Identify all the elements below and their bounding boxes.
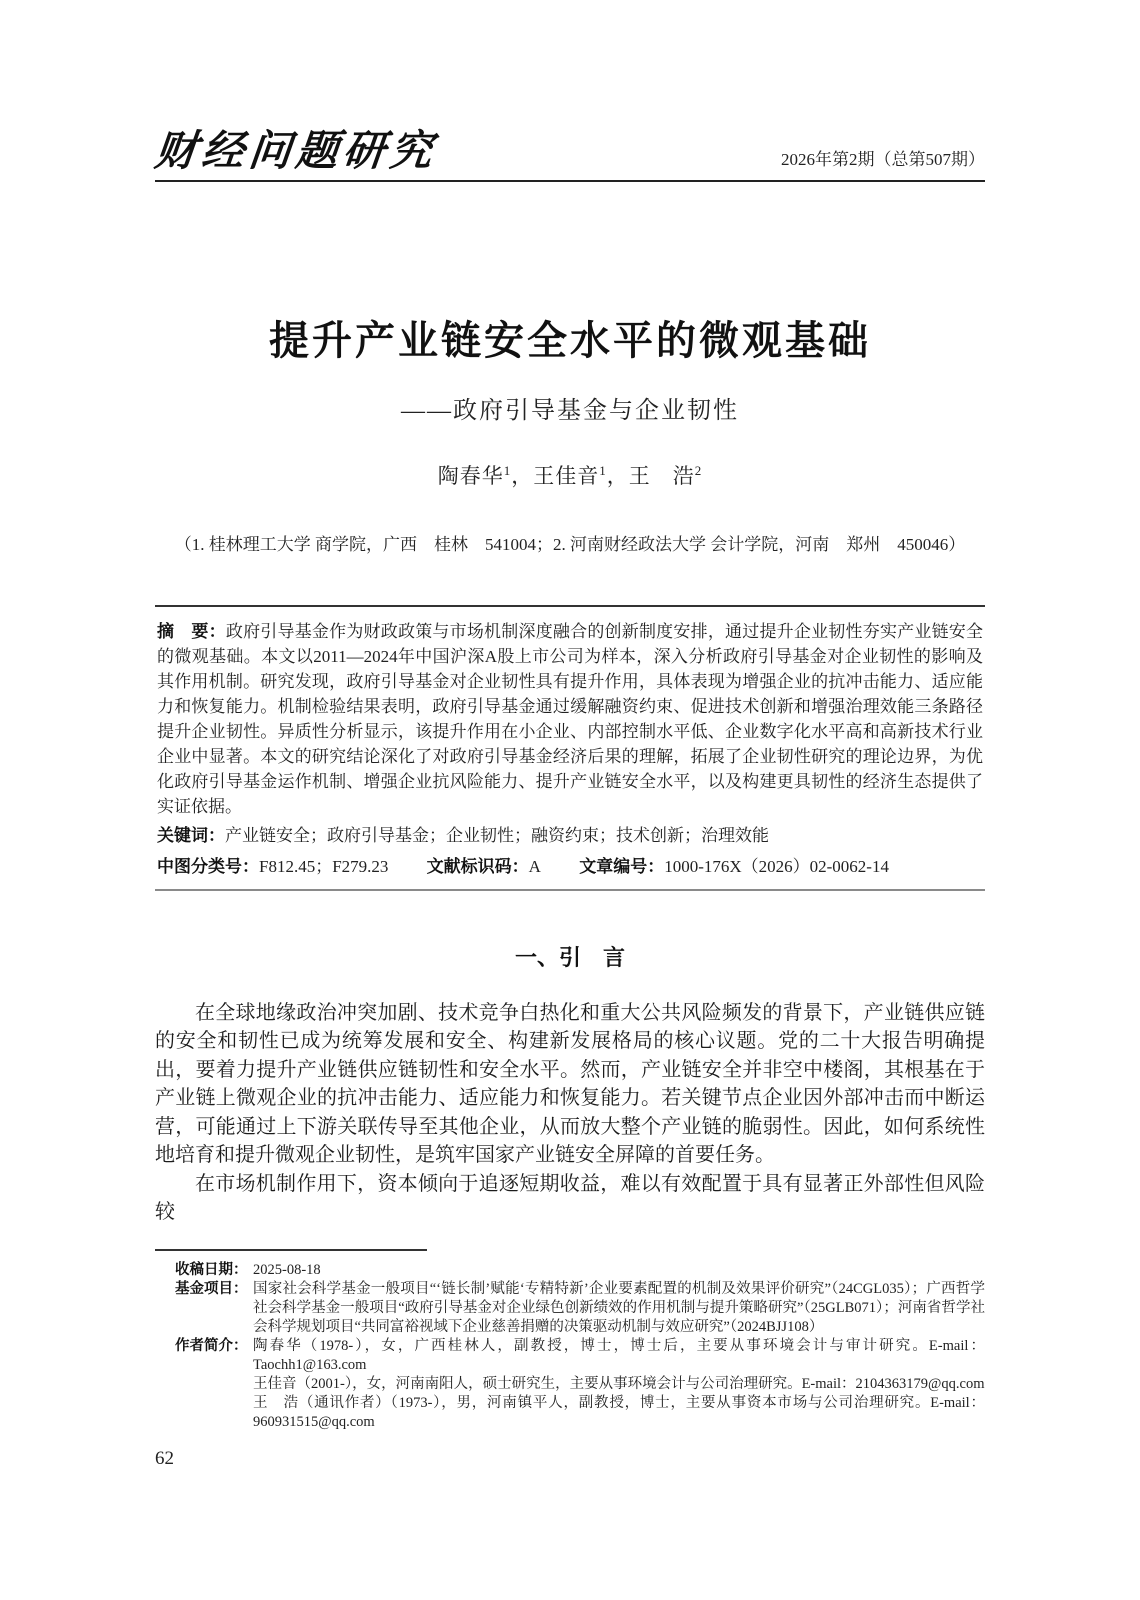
- keywords-text: 产业链安全；政府引导基金；企业韧性；融资约束；技术创新；治理效能: [225, 826, 769, 845]
- author-bio-label: 作者简介：: [175, 1337, 248, 1356]
- keywords-label: 关键词：: [157, 826, 225, 845]
- doc-code-value: A: [529, 857, 541, 876]
- author-separator: ，: [607, 464, 629, 488]
- footnote-author-bio: 王佳音（2001-），女，河南南阳人，硕士研究生，主要从事环境会计与公司治理研究…: [175, 1375, 985, 1394]
- footnote-block: 收稿日期：2025-08-18 基金项目：国家社会科学基金一般项目“‘链长制’赋…: [155, 1251, 985, 1432]
- affiliation-line: （1. 桂林理工大学 商学院，广西 桂林 541004；2. 河南财经政法大学 …: [155, 533, 985, 557]
- received-date-label: 收稿日期：: [175, 1261, 248, 1280]
- journal-logo: 财经问题研究: [153, 130, 439, 172]
- article-title: 提升产业链安全水平的微观基础: [155, 315, 985, 367]
- abstract-text: 政府引导基金作为财政政策与市场机制深度融合的创新制度安排，通过提升企业韧性夯实产…: [157, 622, 983, 816]
- doc-code-pair: 文献标识码：A: [427, 857, 541, 876]
- author-affil-mark: 2: [695, 463, 703, 478]
- author-bio-text: 王佳音（2001-），女，河南南阳人，硕士研究生，主要从事环境会计与公司治理研究…: [253, 1376, 984, 1392]
- abstract-paragraph: 摘 要：政府引导基金作为财政政策与市场机制深度融合的创新制度安排，通过提升企业韧…: [157, 619, 983, 819]
- footnote-funding: 基金项目：国家社会科学基金一般项目“‘链长制’赋能‘专精特新’企业要素配置的机制…: [175, 1280, 985, 1337]
- abstract-box: 摘 要：政府引导基金作为财政政策与市场机制深度融合的创新制度安排，通过提升企业韧…: [155, 605, 985, 891]
- keywords-line: 关键词：产业链安全；政府引导基金；企业韧性；融资约束；技术创新；治理效能: [157, 823, 983, 848]
- section-heading-introduction: 一、引 言: [155, 943, 985, 973]
- clc-label: 中图分类号：: [157, 857, 259, 876]
- issue-info: 2026年第2期（总第507期）: [781, 148, 985, 172]
- footnote-author-bio: 王 浩（通讯作者）（1973-），男，河南镇平人，副教授，博士，主要从事资本市场…: [175, 1394, 985, 1432]
- author-separator: ，: [511, 464, 533, 488]
- body-paragraph: 在全球地缘政治冲突加剧、技术竞争白热化和重大公共风险频发的背景下，产业链供应链的…: [155, 999, 985, 1170]
- body-paragraph: 在市场机制作用下，资本倾向于追逐短期收益，难以有效配置于具有显著正外部性但风险较: [155, 1170, 985, 1227]
- funding-value: 国家社会科学基金一般项目“‘链长制’赋能‘专精特新’企业要素配置的机制及效果评价…: [253, 1281, 985, 1335]
- author-name: 王 浩: [629, 464, 695, 488]
- author-bio-text: 王 浩（通讯作者）（1973-），男，河南镇平人，副教授，博士，主要从事资本市场…: [253, 1395, 985, 1430]
- page-number: 62: [155, 1448, 985, 1470]
- doc-code-label: 文献标识码：: [427, 857, 529, 876]
- author-bio-text: 陶春华（1978-），女，广西桂林人，副教授，博士，博士后，主要从事环境会计与审…: [253, 1338, 985, 1373]
- funding-label: 基金项目：: [175, 1280, 248, 1299]
- classification-line: 中图分类号：F812.45；F279.23 文献标识码：A 文章编号：1000-…: [157, 854, 983, 879]
- article-id-label: 文章编号：: [579, 857, 664, 876]
- article-subtitle: ——政府引导基金与企业韧性: [155, 394, 985, 428]
- footnote-received-date: 收稿日期：2025-08-18: [175, 1261, 985, 1280]
- clc-value: F812.45；F279.23: [259, 857, 388, 876]
- abstract-label: 摘 要：: [157, 622, 226, 641]
- authors-line: 陶春华1，王佳音1，王 浩2: [155, 456, 985, 491]
- journal-header: 财经问题研究 2026年第2期（总第507期）: [155, 130, 985, 182]
- author-name: 陶春华: [438, 464, 504, 488]
- clc-pair: 中图分类号：F812.45；F279.23: [157, 857, 388, 876]
- article-id-pair: 文章编号：1000-176X（2026）02-0062-14: [579, 857, 889, 876]
- received-date-value: 2025-08-18: [253, 1262, 321, 1278]
- footnote-author-bio: 作者简介：陶春华（1978-），女，广西桂林人，副教授，博士，博士后，主要从事环…: [175, 1337, 985, 1375]
- journal-page: 财经问题研究 2026年第2期（总第507期） 提升产业链安全水平的微观基础 —…: [0, 0, 1140, 1600]
- article-id-value: 1000-176X（2026）02-0062-14: [664, 857, 889, 876]
- author-name: 王佳音: [533, 464, 599, 488]
- author-affil-mark: 1: [599, 463, 607, 478]
